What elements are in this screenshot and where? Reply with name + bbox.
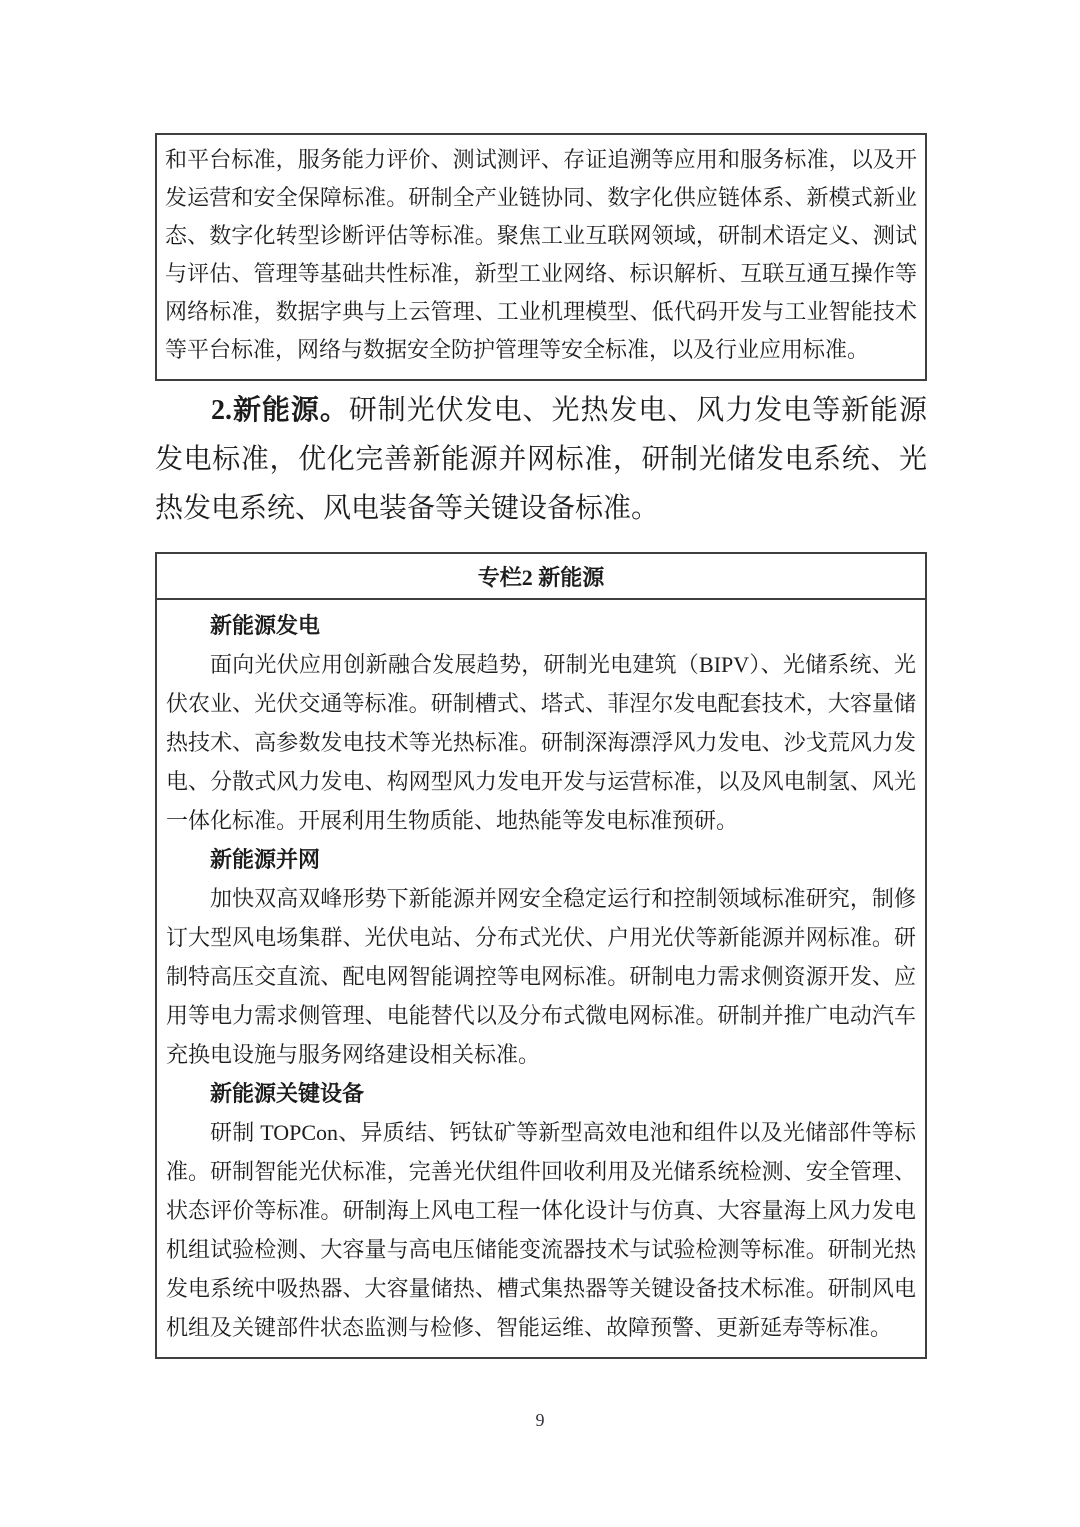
continued-text: 和平台标准，服务能力评价、测试测评、存证追溯等应用和服务标准，以及开发运营和安全… — [165, 141, 917, 369]
document-page: 和平台标准，服务能力评价、测试测评、存证追溯等应用和服务标准，以及开发运营和安全… — [0, 0, 1080, 1527]
column-box-title: 专栏2 新能源 — [157, 554, 925, 600]
section-body-key-equipment: 研制 TOPCon、异质结、钙钛矿等新型高效电池和组件以及光储部件等标准。研制智… — [166, 1113, 916, 1347]
paragraph-lead: 2.新能源。 — [211, 395, 349, 426]
section-heading-generation: 新能源发电 — [166, 606, 916, 645]
section-body-generation: 面向光伏应用创新融合发展趋势，研制光电建筑（BIPV）、光储系统、光伏农业、光伏… — [166, 645, 916, 840]
continued-text-box: 和平台标准，服务能力评价、测试测评、存证追溯等应用和服务标准，以及开发运营和安全… — [155, 133, 927, 381]
column-box-body: 新能源发电 面向光伏应用创新融合发展趋势，研制光电建筑（BIPV）、光储系统、光… — [157, 600, 925, 1357]
section-heading-grid-connection: 新能源并网 — [166, 840, 916, 879]
body-paragraph-2: 2.新能源。研制光伏发电、光热发电、风力发电等新能源发电标准，优化完善新能源并网… — [155, 386, 927, 533]
column-box-2: 专栏2 新能源 新能源发电 面向光伏应用创新融合发展趋势，研制光电建筑（BIPV… — [155, 552, 927, 1359]
section-heading-key-equipment: 新能源关键设备 — [166, 1074, 916, 1113]
page-number: 9 — [0, 1410, 1080, 1431]
section-body-grid-connection: 加快双高双峰形势下新能源并网安全稳定运行和控制领域标准研究，制修订大型风电场集群… — [166, 879, 916, 1074]
